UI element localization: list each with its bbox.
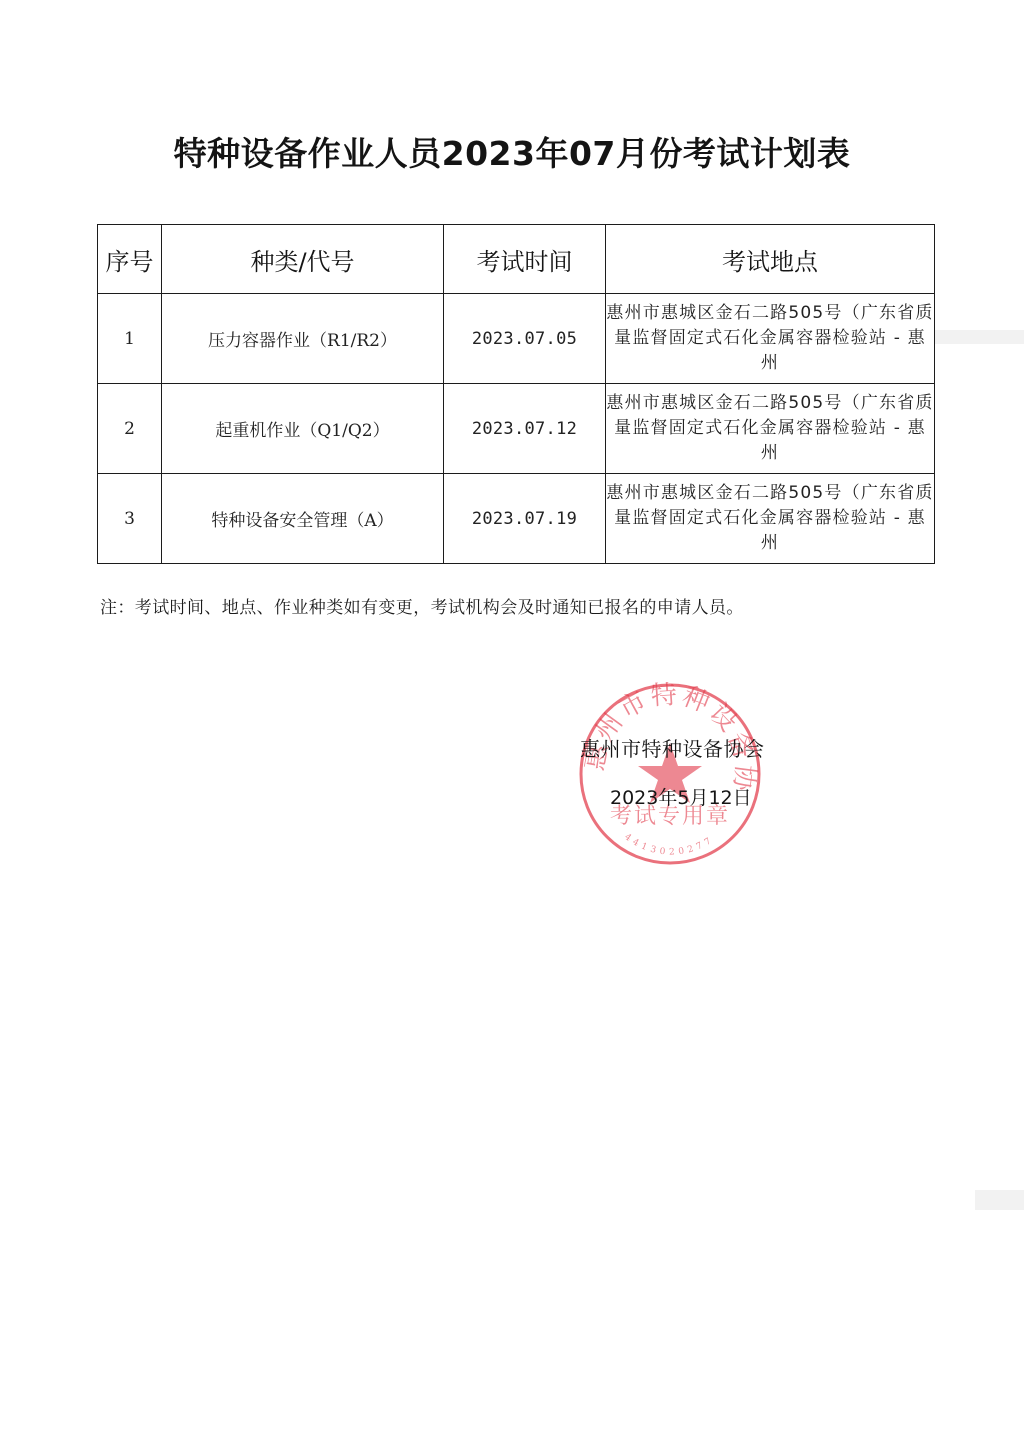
header-exam-location: 考试地点 <box>606 225 935 294</box>
table-row: 1 压力容器作业（R1/R2） 2023.07.05 惠州市惠城区金石二路505… <box>98 294 935 384</box>
cell-no: 3 <box>98 474 162 564</box>
svg-text:4413020277: 4413020277 <box>622 832 716 857</box>
seal-code: 4413020277 <box>622 832 716 857</box>
table-row: 2 起重机作业（Q1/Q2） 2023.07.12 惠州市惠城区金石二路505号… <box>98 384 935 474</box>
cell-no: 1 <box>98 294 162 384</box>
cell-exam-time: 2023.07.05 <box>444 294 606 384</box>
official-seal-icon: 惠州市特种设备协会 考试专用章 4413020277 <box>577 681 763 867</box>
cell-category: 压力容器作业（R1/R2） <box>162 294 444 384</box>
scan-artifact <box>975 1190 1024 1210</box>
footnote: 注：考试时间、地点、作业种类如有变更，考试机构会及时通知已报名的申请人员。 <box>100 593 744 618</box>
page-title: 特种设备作业人员2023年07月份考试计划表 <box>0 128 1024 175</box>
scan-artifact <box>935 330 1024 344</box>
signature-organization: 惠州市特种设备协会 <box>580 733 765 762</box>
cell-category: 起重机作业（Q1/Q2） <box>162 384 444 474</box>
table-row: 3 特种设备安全管理（A） 2023.07.19 惠州市惠城区金石二路505号（… <box>98 474 935 564</box>
cell-exam-time: 2023.07.19 <box>444 474 606 564</box>
table-header-row: 序号 种类/代号 考试时间 考试地点 <box>98 225 935 294</box>
cell-no: 2 <box>98 384 162 474</box>
cell-category: 特种设备安全管理（A） <box>162 474 444 564</box>
signature-date: 2023年5月12日 <box>610 783 752 810</box>
cell-exam-location: 惠州市惠城区金石二路505号（广东省质量监督固定式石化金属容器检验站 - 惠州 <box>606 294 935 384</box>
cell-exam-location: 惠州市惠城区金石二路505号（广东省质量监督固定式石化金属容器检验站 - 惠州 <box>606 474 935 564</box>
cell-exam-time: 2023.07.12 <box>444 384 606 474</box>
exam-schedule-table: 序号 种类/代号 考试时间 考试地点 1 压力容器作业（R1/R2） 2023.… <box>97 224 935 564</box>
header-no: 序号 <box>98 225 162 294</box>
header-exam-time: 考试时间 <box>444 225 606 294</box>
header-category: 种类/代号 <box>162 225 444 294</box>
cell-exam-location: 惠州市惠城区金石二路505号（广东省质量监督固定式石化金属容器检验站 - 惠州 <box>606 384 935 474</box>
